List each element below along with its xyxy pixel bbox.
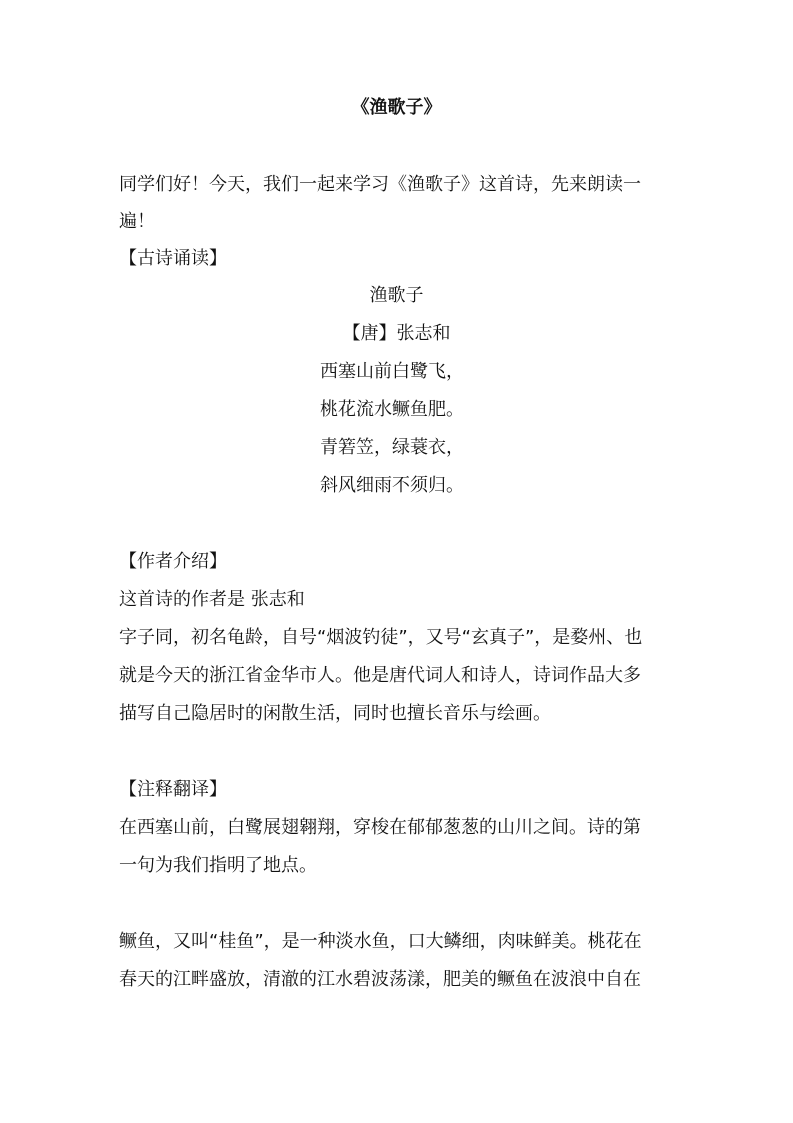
author-line: 这首诗的作者是 张志和 bbox=[119, 588, 679, 612]
document-title: 《渔歌子》 bbox=[0, 96, 793, 120]
annotation-line: 一句为我们指明了地点。 bbox=[119, 854, 679, 878]
document-page: 《渔歌子》 同学们好！今天，我们一起来学习《渔歌子》这首诗，先来朗读一 遍！ 【… bbox=[0, 0, 793, 1123]
annotation-line: 在西塞山前，白鹭展翅翱翔，穿梭在郁郁葱葱的山川之间。诗的第 bbox=[119, 816, 679, 840]
author-line: 字子同，初名龟龄，自号“烟波钓徒”，又号“玄真子”，是婺州、也 bbox=[119, 626, 679, 650]
author-line: 描写自己隐居时的闲散生活，同时也擅长音乐与绘画。 bbox=[119, 702, 679, 726]
section-heading-annotation: 【注释翻译】 bbox=[119, 778, 679, 802]
section-heading-recitation: 【古诗诵读】 bbox=[119, 247, 679, 271]
author-line: 就是今天的浙江省金华市人。他是唐代词人和诗人，诗词作品大多 bbox=[119, 664, 679, 688]
poem-line: 青箬笠，绿蓑衣， bbox=[320, 436, 620, 460]
annotation-line: 鳜鱼，又叫“桂鱼”，是一种淡水鱼，口大鳞细，肉味鲜美。桃花在 bbox=[119, 930, 679, 954]
poem-line: 西塞山前白鹭飞， bbox=[320, 360, 620, 384]
section-heading-author: 【作者介绍】 bbox=[119, 550, 679, 574]
intro-line: 同学们好！今天，我们一起来学习《渔歌子》这首诗，先来朗读一 bbox=[119, 173, 679, 197]
poem-title: 渔歌子 bbox=[0, 284, 793, 308]
poem-line: 桃花流水鳜鱼肥。 bbox=[320, 398, 620, 422]
intro-line: 遍！ bbox=[119, 210, 679, 234]
annotation-line: 春天的江畔盛放，清澈的江水碧波荡漾，肥美的鳜鱼在波浪中自在 bbox=[119, 968, 679, 992]
poem-author: 【唐】张志和 bbox=[0, 322, 793, 346]
poem-line: 斜风细雨不须归。 bbox=[320, 474, 620, 498]
